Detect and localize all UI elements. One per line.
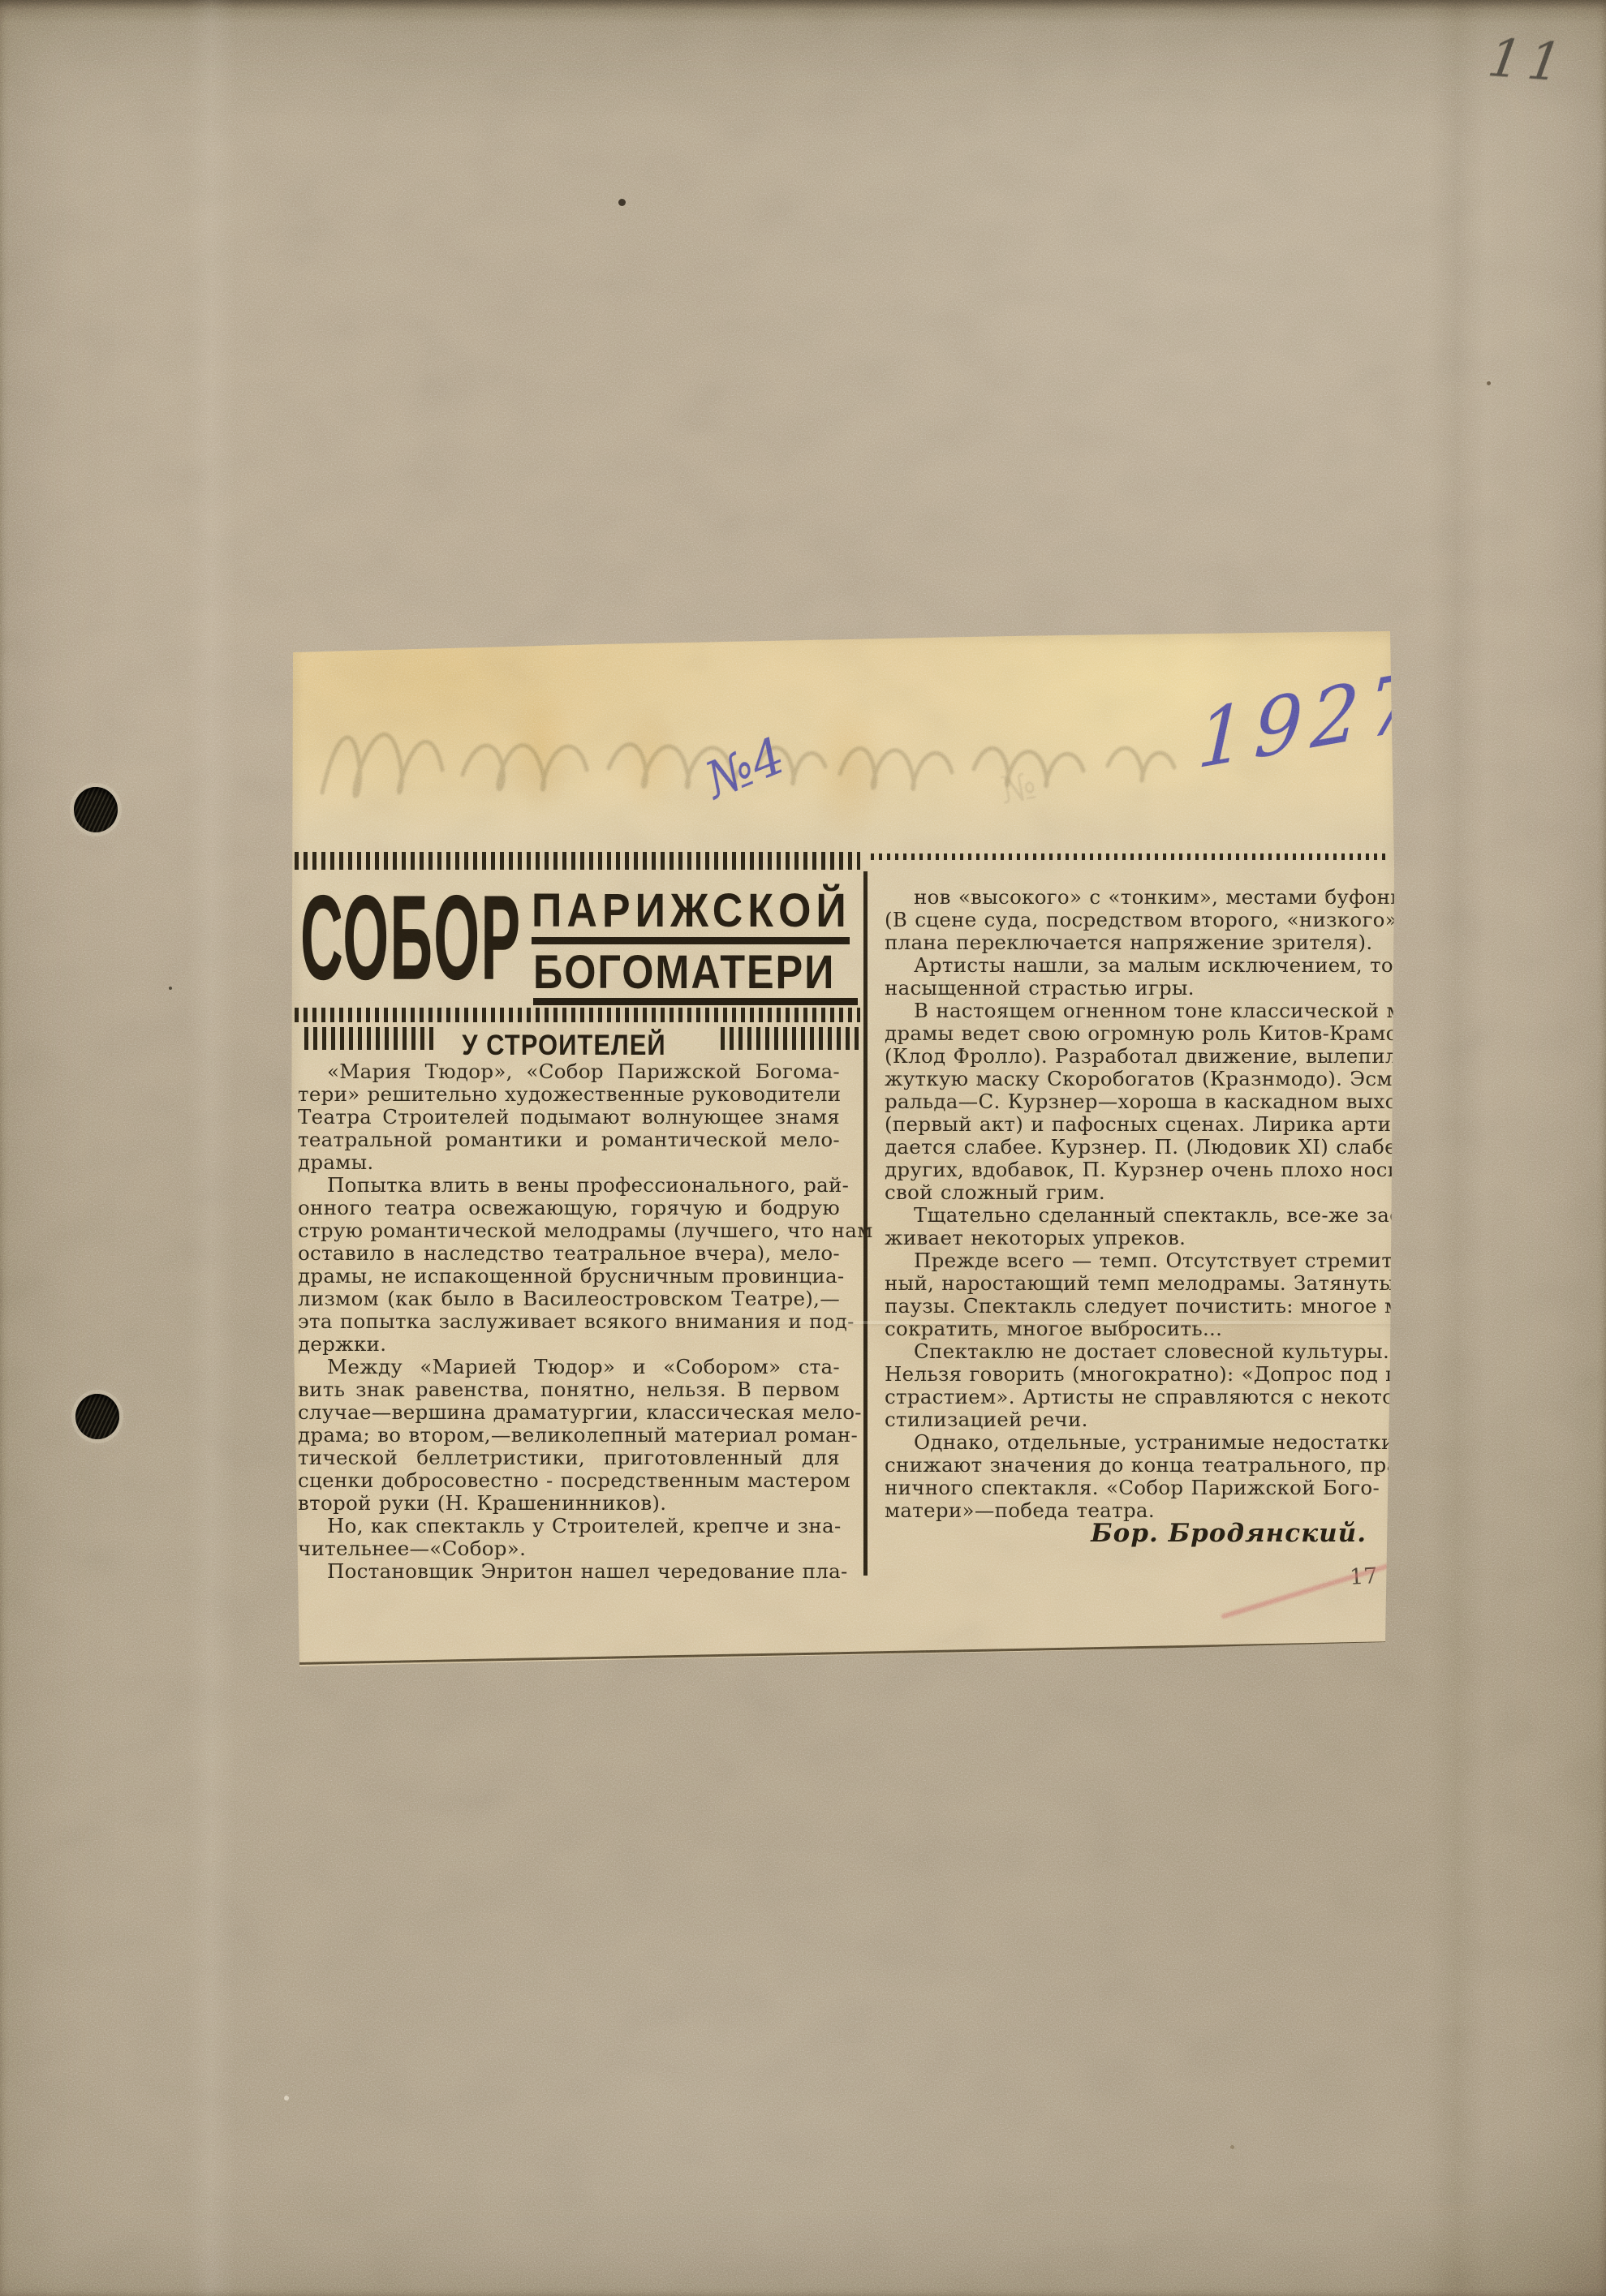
headline-parizhskoy: ПАРИЖСКОЙ — [532, 888, 851, 935]
text-line: драмы ведет свою огромную роль Китов-Кра… — [885, 1022, 1380, 1045]
paragraph: Попытка влить в вены профессионального, … — [298, 1174, 840, 1356]
paragraph: Прежде всего — темп. Отсутствует стремит… — [885, 1249, 1380, 1340]
text-line: струю романтической мелодрамы (лучшего, … — [298, 1219, 840, 1242]
text-line: ный, наростающий темп мелодрамы. Затянут… — [885, 1272, 1380, 1295]
text-line: Однако, отдельные, устранимые недостатки… — [885, 1431, 1380, 1454]
text-line: Артисты нашли, за малым исключением, тон — [885, 954, 1380, 977]
text-line: насыщенной страстью игры. — [885, 977, 1380, 1000]
text-line: театральной романтики и романтической ме… — [298, 1129, 840, 1151]
text-line: ральда—С. Курзнер—хороша в каскадном вых… — [885, 1090, 1380, 1113]
text-line: (В сцене суда, посредством второго, «низ… — [885, 909, 1380, 931]
paragraph: Между «Марией Тюдор» и «Собором» ста-вит… — [298, 1356, 840, 1515]
text-line: Прежде всего — темп. Отсутствует стремит… — [885, 1249, 1380, 1272]
text-line: живает некоторых упреков. — [885, 1227, 1380, 1249]
text-line: страстием». Артисты не справляются с нек… — [885, 1386, 1380, 1408]
text-line: случае—вершина драматургии, классическая… — [298, 1401, 840, 1424]
author-signature: Бор. Бродянский. — [885, 1519, 1367, 1548]
decorative-hatch-rule-middle — [295, 1008, 860, 1022]
text-line: сценки добросовестно - посредственным ма… — [298, 1469, 840, 1492]
text-line: Постановщик Энритон нашел чередование пл… — [298, 1560, 840, 1583]
article-column-right: нов «высокого» с «тонким», местами буфон… — [885, 886, 1380, 1522]
text-line: (первый акт) и пафосных сценах. Лирика а… — [885, 1113, 1380, 1136]
headline-underline — [532, 937, 850, 944]
text-line: лизмом (как было в Василеостровском Теат… — [298, 1288, 840, 1310]
text-line: дается слабее. Курзнер. П. (Людовик XI) … — [885, 1136, 1380, 1159]
paragraph: «Мария Тюдор», «Собор Парижской Богома-т… — [298, 1060, 840, 1174]
cardboard-crease — [1428, 0, 1485, 2296]
paragraph: Но, как спектакль у Строителей, крепче и… — [298, 1515, 840, 1560]
text-line: онного театра освежающую, горячую и бодр… — [298, 1197, 840, 1219]
text-line: второй руки (Н. Крашенинников). — [298, 1492, 840, 1515]
decorative-hatch-rule-top — [295, 852, 860, 870]
clipping-bottom-edge — [298, 1641, 1387, 1665]
decorative-hatch-stub-right — [721, 1027, 860, 1050]
handwritten-page-number: 11 — [1478, 28, 1578, 94]
paper-crease — [730, 1321, 1404, 1324]
paragraph: Постановщик Энритон нашел чередование пл… — [298, 1560, 840, 1583]
paragraph: Спектаклю не достает словесной культуры.… — [885, 1340, 1380, 1431]
text-line: драмы. — [298, 1151, 840, 1174]
text-line: жуткую маску Скоробогатов (Кразнмодо). Э… — [885, 1068, 1380, 1090]
text-line: Попытка влить в вены профессионального, … — [298, 1174, 840, 1197]
paragraph: Артисты нашли, за малым исключением, тон… — [885, 954, 1380, 1000]
paragraph: Тщательно сделанный спектакль, все-же за… — [885, 1204, 1380, 1249]
text-line: ничного спектакля. «Собор Парижской Бого… — [885, 1477, 1380, 1499]
red-pencil-line — [1221, 1562, 1394, 1619]
text-line: В настоящем огненном тоне классической м… — [885, 1000, 1380, 1022]
faint-pencil-mark: № — [997, 763, 1040, 813]
text-line: Нельзя говорить (многократно): «Допрос п… — [885, 1363, 1380, 1386]
text-line: драмы, не испакощенной брусничным провин… — [298, 1265, 840, 1288]
text-line: тической беллетристики, приготовленный д… — [298, 1447, 840, 1469]
decorative-hatch-stub-left — [304, 1027, 436, 1050]
text-line: других, вдобавок, П. Курзнер очень плохо… — [885, 1159, 1380, 1181]
subtitle-u-stroiteley: У СТРОИТЕЛЕЙ — [442, 1030, 686, 1060]
newspaper-clipping: 1927 №4 № СОБОР ПАРИЖСКОЙ БОГОМАТЕРИ У С… — [280, 626, 1404, 1681]
text-line: нов «высокого» с «тонким», местами буфон… — [885, 886, 1380, 909]
text-line: плана переключается напряжение зрителя). — [885, 931, 1380, 954]
text-line: Но, как спектакль у Строителей, крепче и… — [298, 1515, 840, 1537]
text-line: Тщательно сделанный спектакль, все-же за… — [885, 1204, 1380, 1227]
punch-hole-top — [74, 787, 118, 832]
paragraph: нов «высокого» с «тонким», местами буфон… — [885, 886, 1380, 954]
text-line: Между «Марией Тюдор» и «Собором» ста- — [298, 1356, 840, 1378]
handwritten-year: 1927 — [1195, 654, 1426, 787]
headline-underline — [533, 998, 858, 1005]
text-line: свой сложный грим. — [885, 1181, 1380, 1204]
dirt-speck — [1487, 381, 1491, 385]
decorative-dotted-rule — [871, 853, 1385, 860]
text-line: оставило в наследство театральное вчера)… — [298, 1242, 840, 1265]
dirt-speck — [284, 2096, 289, 2100]
text-line: вить знак равенства, понятно, нельзя. В … — [298, 1378, 840, 1401]
dirt-speck — [169, 987, 172, 990]
text-line: «Мария Тюдор», «Собор Парижской Богома- — [298, 1060, 840, 1083]
headline-sobor: СОБОР — [300, 878, 521, 999]
cardboard-crease — [187, 0, 235, 2296]
text-line: стилизацией речи. — [885, 1408, 1380, 1431]
paragraph: В настоящем огненном тоне классической м… — [885, 1000, 1380, 1204]
text-line: паузы. Спектакль следует почистить: мног… — [885, 1295, 1380, 1318]
text-line: держки. — [298, 1333, 840, 1356]
text-line: (Клод Фролло). Разработал движение, выле… — [885, 1045, 1380, 1068]
album-page: 11 1927 №4 № СОБОР ПАРИЖСКОЙ БОГОМАТЕР — [0, 0, 1606, 2296]
text-line: Спектаклю не достает словесной культуры. — [885, 1340, 1380, 1363]
text-line: тери» решительно художественные руководи… — [298, 1083, 840, 1106]
text-line: драма; во втором,—великолепный материал … — [298, 1424, 840, 1447]
dirt-speck — [1230, 2145, 1234, 2149]
punch-hole-bottom — [75, 1394, 119, 1439]
paragraph: Однако, отдельные, устранимые недостатки… — [885, 1431, 1380, 1522]
dirt-speck — [618, 199, 626, 206]
text-line: снижают значения до конца театрального, … — [885, 1454, 1380, 1477]
text-line: чительнее—«Собор». — [298, 1537, 840, 1560]
text-line: Театра Строителей подымают волнующее зна… — [298, 1106, 840, 1129]
headline-bogomateri: БОГОМАТЕРИ — [533, 949, 835, 996]
